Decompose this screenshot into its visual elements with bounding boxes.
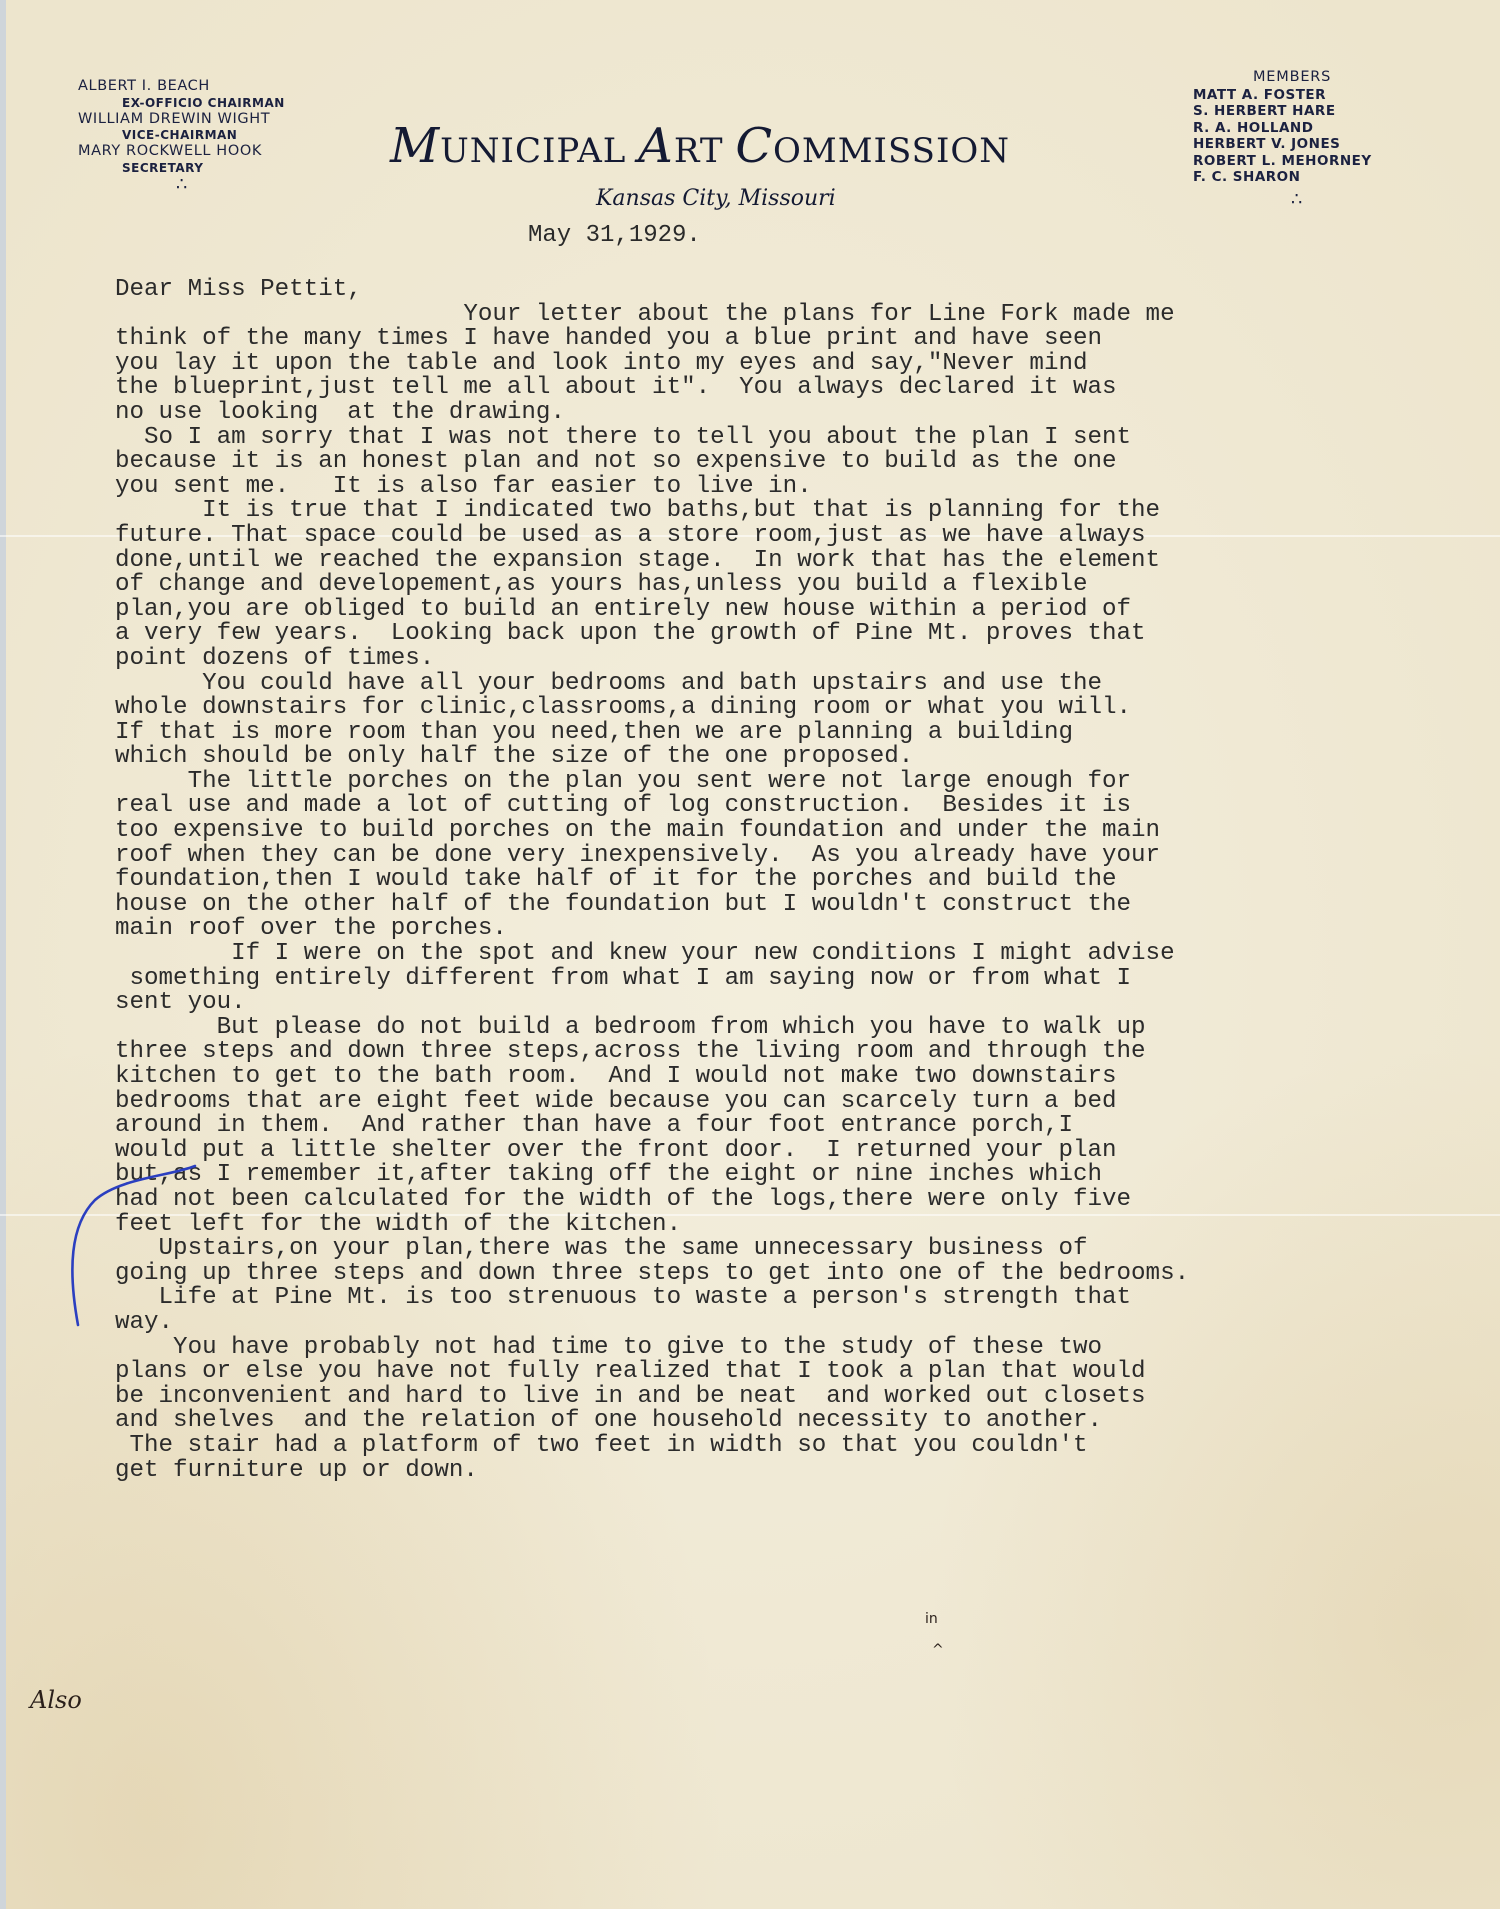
letter-line: But please do not build a bedroom from w… [115,1016,1455,1041]
member-name: F. C. SHARON [1193,171,1372,185]
letter-line: a very few years. Looking back upon the … [115,622,1455,647]
letter-line: feet left for the width of the kitchen. [115,1213,1455,1238]
letter-line: plan,you are obliged to build an entirel… [115,598,1455,623]
letter-line: You have probably not had time to give t… [115,1336,1455,1361]
letter-line: roof when they can be done very inexpens… [115,844,1455,869]
blue-pen-bracket-mark [60,1160,210,1330]
letter-line: You could have all your bedrooms and bat… [115,672,1455,697]
letter-line: real use and made a lot of cutting of lo… [115,794,1455,819]
officer-role: EX-OFFICIO CHAIRMAN [78,97,285,109]
letter-line: which should be only half the size of th… [115,745,1455,770]
letter-line: around in them. And rather than have a f… [115,1114,1455,1139]
letter-line: point dozens of times. [115,647,1455,672]
letter-line: too expensive to build porches on the ma… [115,819,1455,844]
letter-line: you sent me. It is also far easier to li… [115,475,1455,500]
letter-line: foundation,then I would take half of it … [115,868,1455,893]
member-name: S. HERBERT HARE [1193,105,1372,119]
letter-line: It is true that I indicated two baths,bu… [115,499,1455,524]
handwritten-insertion: in [925,1611,938,1627]
letter-line: think of the many times I have handed yo… [115,327,1455,352]
letter-line: whole downstairs for clinic,classrooms,a… [115,696,1455,721]
letter-line: because it is an honest plan and not so … [115,450,1455,475]
letter-line: had not been calculated for the width of… [115,1188,1455,1213]
letter-line: If that is more room than you need,then … [115,721,1455,746]
members-heading: MEMBERS [1193,70,1372,85]
letter-line: If I were on the spot and knew your new … [115,942,1455,967]
letter-line: something entirely different from what I… [115,967,1455,992]
letter-page: ALBERT I. BEACH EX-OFFICIO CHAIRMAN WILL… [0,0,1500,1909]
letter-line: would put a little shelter over the fron… [115,1139,1455,1164]
letter-line: house on the other half of the foundatio… [115,893,1455,918]
ornament-dots-icon: ∴ [1193,191,1372,209]
letter-body: Dear Miss Pettit, Your letter about the … [115,278,1455,1483]
letter-line: Life at Pine Mt. is too strenuous to was… [115,1286,1455,1311]
members-block: MEMBERS MATT A. FOSTER S. HERBERT HARE R… [1193,70,1372,209]
member-name: HERBERT V. JONES [1193,138,1372,152]
letter-line: the blueprint,just tell me all about it"… [115,376,1455,401]
officer-role: VICE-CHAIRMAN [78,129,285,141]
letter-line: be inconvenient and hard to live in and … [115,1385,1455,1410]
letter-line: sent you. [115,991,1455,1016]
letter-line: three steps and down three steps,across … [115,1040,1455,1065]
officer-name: MARY ROCKWELL HOOK [78,144,285,159]
letter-line: Dear Miss Pettit, [115,278,1455,303]
letter-date: May 31,1929. [528,222,701,249]
letter-line: Your letter about the plans for Line For… [115,303,1455,328]
letter-line: way. [115,1311,1455,1336]
letter-line: plans or else you have not fully realize… [115,1360,1455,1385]
letter-line: main roof over the porches. [115,917,1455,942]
officer-role: SECRETARY [78,162,285,174]
letterhead-title: MUNICIPAL ART COMMISSION [390,118,1010,174]
letter-line: get furniture up or down. [115,1459,1455,1484]
letter-line: going up three steps and down three step… [115,1262,1455,1287]
letter-line: you lay it upon the table and look into … [115,352,1455,377]
officer-name: ALBERT I. BEACH [78,79,285,94]
letter-line: Upstairs,on your plan,there was the same… [115,1237,1455,1262]
letter-line: of change and developement,as yours has,… [115,573,1455,598]
member-name: R. A. HOLLAND [1193,122,1372,136]
member-name: ROBERT L. MEHORNEY [1193,155,1372,169]
letter-line: The stair had a platform of two feet in … [115,1434,1455,1459]
ornament-dots-icon: ∴ [78,176,285,194]
letter-line: done,until we reached the expansion stag… [115,549,1455,574]
insertion-caret-icon: ^ [932,1642,944,1658]
letter-line: The little porches on the plan you sent … [115,770,1455,795]
member-name: MATT A. FOSTER [1193,89,1372,103]
handwritten-margin-note: Also [30,1686,82,1714]
letter-line: and shelves and the relation of one hous… [115,1409,1455,1434]
letter-line: but,as I remember it,after taking off th… [115,1163,1455,1188]
officers-block: ALBERT I. BEACH EX-OFFICIO CHAIRMAN WILL… [78,76,285,194]
letter-line: no use looking at the drawing. [115,401,1455,426]
letter-line: bedrooms that are eight feet wide becaus… [115,1090,1455,1115]
letterhead-city: Kansas City, Missouri [596,186,836,211]
letter-line: kitchen to get to the bath room. And I w… [115,1065,1455,1090]
officer-name: WILLIAM DREWIN WIGHT [78,112,285,127]
letter-line: So I am sorry that I was not there to te… [115,426,1455,451]
letter-line: future. That space could be used as a st… [115,524,1455,549]
